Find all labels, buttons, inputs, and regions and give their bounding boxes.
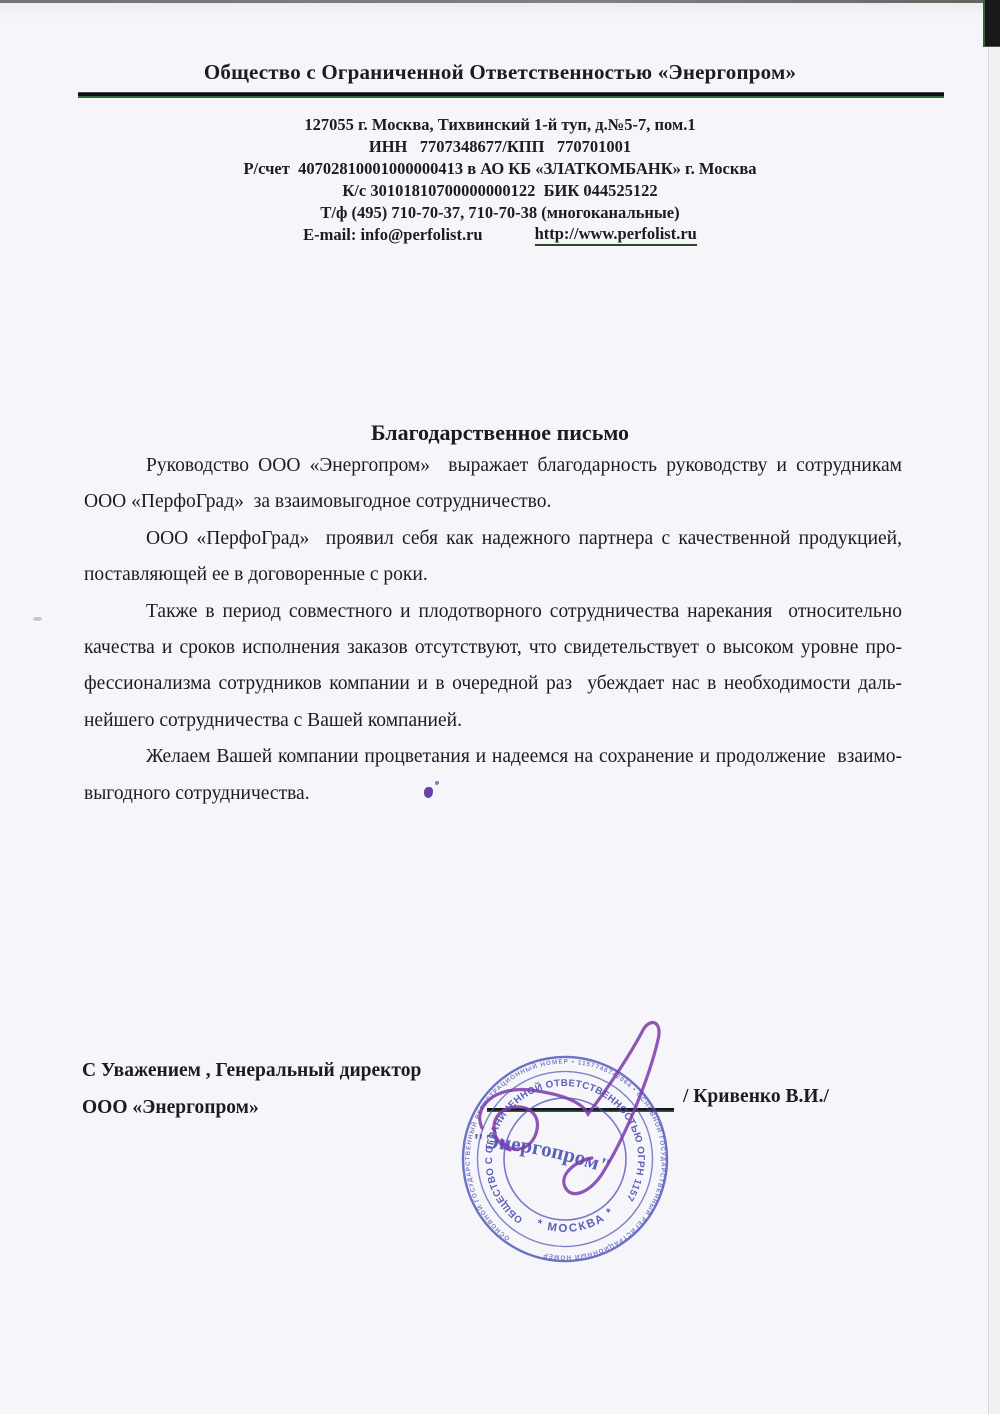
- closing-line-2: ООО «Энергопром»: [82, 1089, 421, 1126]
- body-line: Также в период совместного и плодотворно…: [84, 594, 902, 630]
- address-line: Р/счет 40702810001000000413 в АО КБ «ЗЛА…: [0, 158, 1000, 180]
- email-text: E-mail: info@perfolist.ru: [303, 224, 482, 246]
- body-line: ООО «ПерфоГрад» проявил себя как надежно…: [84, 521, 902, 557]
- letter-body: Руководство ООО «Энергопром» выражает бл…: [84, 448, 902, 812]
- scan-artifact-right-strip: [990, 44, 1000, 1414]
- scan-artifact-right-line: [988, 44, 989, 1414]
- address-line: ИНН 7707348677/КПП 770701001: [0, 136, 1000, 158]
- scanned-letter-page: Общество с Ограниченной Ответственностью…: [0, 0, 1000, 1414]
- body-line: Руководство ООО «Энергопром» выражает бл…: [84, 448, 902, 484]
- body-line: нейшего сотрудничества с Вашей компанией…: [84, 703, 902, 739]
- letterhead-address-block: 127055 г. Москва, Тихвинский 1-й туп, д.…: [0, 114, 1000, 246]
- body-line: выгодного сотрудничества.: [84, 776, 902, 812]
- address-line: Т/ф (495) 710-70-37, 710-70-38 (многокан…: [0, 202, 1000, 224]
- body-line: Желаем Вашей компании процветания и наде…: [84, 739, 902, 775]
- body-line: качества и сроков исполнения заказов отс…: [84, 630, 902, 666]
- body-line: фессионализма сотрудников компании и в о…: [84, 666, 902, 702]
- website-link: http://www.perfolist.ru: [535, 224, 697, 246]
- scan-speck: [33, 617, 42, 621]
- signature-stroke: [494, 1107, 538, 1150]
- closing-line-1: С Уважением , Генеральный директор: [82, 1052, 421, 1089]
- address-line: 127055 г. Москва, Тихвинский 1-й туп, д.…: [0, 114, 1000, 136]
- handwritten-signature: [430, 1000, 710, 1230]
- body-line: поставляющей ее в договоренные с роки.: [84, 557, 902, 593]
- letterhead-rule: [78, 92, 944, 98]
- address-line: К/с 30101810700000000122 БИК 044525122: [0, 180, 1000, 202]
- closing-block: С Уважением , Генеральный директор ООО «…: [82, 1052, 421, 1126]
- contact-row: E-mail: info@perfolist.ru http://www.per…: [0, 224, 1000, 246]
- body-line: ООО «ПерфоГрад» за взаимовыгодное сотруд…: [84, 484, 902, 520]
- scan-artifact-top-edge: [0, 0, 1000, 3]
- company-name: Общество с Ограниченной Ответственностью…: [0, 60, 1000, 85]
- scan-artifact-corner-block: [983, 0, 1000, 47]
- letter-title: Благодарственное письмо: [0, 420, 1000, 446]
